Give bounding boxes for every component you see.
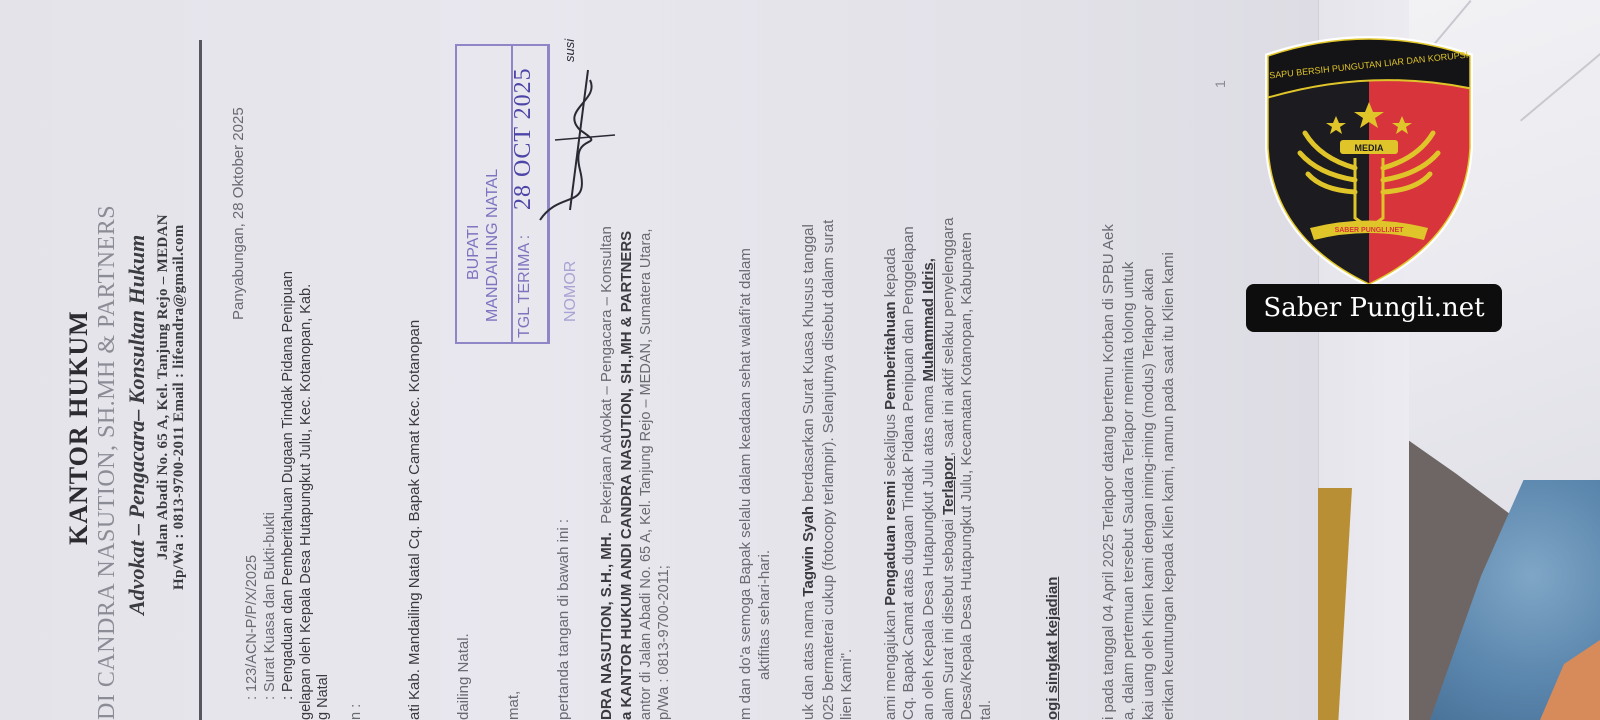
p5-line3: kai uang oleh Klien kami dengan iming-im… — [1140, 268, 1157, 720]
p3-line2: 025 bermaterai cukup (fotocopy terlampir… — [820, 220, 837, 720]
p5-line2: a, dalam pertemuan tersebut Saudara Terl… — [1120, 262, 1137, 720]
letterhead-firm: DI CANDRA NASUTION, SH.MH & PARTNERS — [94, 205, 121, 720]
signature-note: susi — [562, 39, 577, 62]
p1-line2: a KANTOR HUKUM ANDI CANDRA NASUTION, SH.… — [618, 231, 635, 720]
p4-line6: tal. — [977, 700, 994, 720]
letterhead-title: KANTOR HUKUM — [64, 310, 94, 545]
p4-line4: alam Surat ini disebut sebagai Terlapor,… — [940, 217, 957, 720]
p1-line3: antor di Jalan Abadi No. 65 A, Kel. Tanj… — [638, 229, 654, 720]
p1-line1: DRA NASUTION, S.H., MH. Pekerjaan Advoka… — [598, 226, 615, 720]
p4-line2: Cq. Bapak Camat atas dugaan Tindak Pidan… — [900, 226, 917, 720]
p4-line5: Desa/Kepala Desa Hutapungkut Julu, Kecam… — [958, 232, 975, 720]
p4-line3: an oleh Kepala Desa Hutapungkut Julu ata… — [920, 258, 937, 720]
p1-line4: p/Wa : 0813-9700-2011; — [656, 565, 672, 720]
letter-subject-line3: g Natal — [315, 674, 331, 720]
letterhead-divider — [199, 40, 202, 720]
greeting: mat, — [505, 691, 522, 720]
brand-watermark: Saber Pungli.net — [1246, 284, 1502, 332]
p2-line2: aktifitas sehari-hari. — [756, 550, 773, 680]
intro-line: pertanda tangan di bawah ini : — [555, 519, 572, 720]
stamp-org-line1: BUPATI — [465, 225, 483, 280]
addressee-line2: dailing Natal. — [455, 633, 472, 720]
p4-line1: ami mengajukan Pengaduan resmi sekaligus… — [882, 248, 899, 720]
photo-scene: KANTOR HUKUM DI CANDRA NASUTION, SH.MH &… — [0, 0, 1600, 720]
letter-subject-line2: gelapan oleh Kepala Desa Hutapungkut Jul… — [298, 284, 314, 720]
logo-banner-text: SABER PUNGLI.NET — [1335, 227, 1405, 234]
p5-line1: i pada tanggal 04 April 2025 Terlapor da… — [1100, 224, 1117, 720]
letterhead-contact: Hp/Wa : 0813-9700-2011 Email : lifeandra… — [171, 224, 188, 590]
stamp-received-label: TGL TERIMA : — [516, 235, 534, 338]
p3-line3: lien Kami". — [838, 649, 855, 720]
saber-pungli-shield-logo: SAPU BERSIH PUNGUTAN LIAR DAN KORUPSI ME… — [1260, 28, 1478, 286]
addressee-line1: ati Kab. Mandailing Natal Cq. Bapak Cama… — [406, 320, 423, 720]
logo-center-text: MEDIA — [1355, 143, 1385, 153]
section-heading: ogi singkat kejadian — [1044, 577, 1061, 720]
signature — [520, 40, 630, 230]
page-number: 1 — [1212, 80, 1228, 88]
stamp-number-label: NOMOR — [562, 261, 580, 322]
letter-page: KANTOR HUKUM DI CANDRA NASUTION, SH.MH &… — [0, 0, 1318, 720]
p3-line1: uk dan atas nama Tagwin Syah berdasarkan… — [800, 224, 817, 720]
letterhead-tagline: Advokat – Pengacara– Konsultan Hukum — [124, 235, 150, 615]
addressee-label: n : — [348, 704, 364, 720]
letterhead-address: Jalan Abadi No. 65 A, Kel. Tanjung Rejo … — [155, 214, 172, 560]
stamp-org-line2: MANDAILING NATAL — [484, 169, 502, 322]
p5-line4: erikan keuntungan kepada Klien kami, nam… — [1160, 252, 1177, 720]
letter-number: : 123/ACN-P/P/X/2025 — [244, 555, 260, 700]
p2-line1: m dan do'a semoga Bapak selalu dalam kea… — [737, 248, 754, 720]
place-date: Panyabungan, 28 Oktober 2025 — [230, 107, 247, 320]
letter-subject-line1: : Pengaduan dan Pemberitahuan Dugaan Tin… — [280, 271, 296, 700]
letter-attachment: : Surat Kuasa dan Bukti-bukti — [262, 512, 278, 700]
